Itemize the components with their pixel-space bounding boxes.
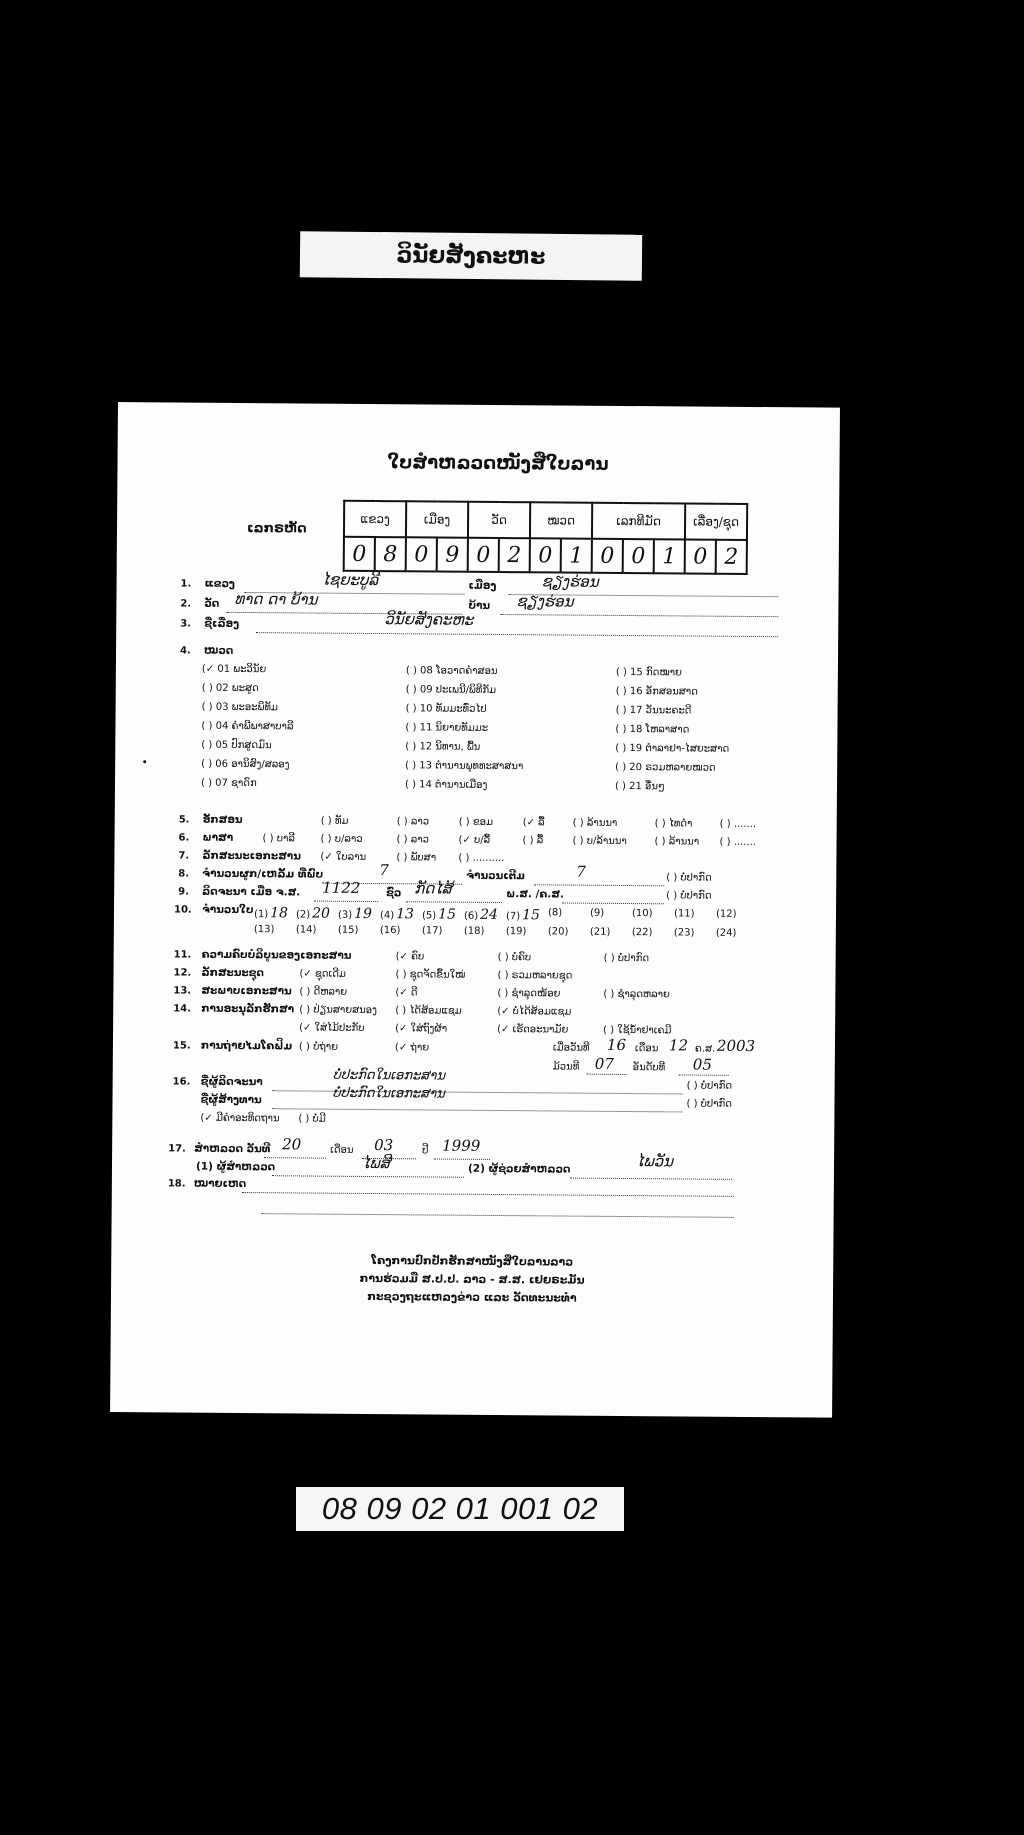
leaf-count-18: (18): [464, 926, 485, 937]
code-header-category: ໝວດ: [530, 502, 592, 538]
district-value: ຊຽງຮ່ອນ: [542, 572, 599, 590]
preservation-option-4[interactable]: (✓ ໃສ່ຖົງຜ້າ: [395, 1023, 447, 1034]
preservation-option-1[interactable]: ( ) ໄດ້ສ້ອມແຊມ: [395, 1005, 462, 1017]
field-15-number: 15.: [173, 1040, 191, 1051]
field-8-number: 8.: [178, 868, 189, 879]
footer-line-1: ໂຄງການປົກປັກຮັກສາໜັງສືໃບລານລາວ: [111, 1252, 833, 1271]
field-2-number: 2.: [180, 598, 191, 609]
preservation-option-3[interactable]: (✓ ໃສ່ໄມ້ປະກັບ: [299, 1022, 365, 1034]
field-9-number: 9.: [178, 886, 189, 897]
set-type-option-2[interactable]: ( ) ຣວມຫລາຍຊຸດ: [497, 970, 572, 982]
code-digit: 2: [499, 538, 530, 572]
code-digit: 0: [406, 537, 437, 571]
survey-day-value: 20: [282, 1135, 301, 1153]
leaf-count-2: (2)20: [296, 905, 330, 921]
set-type-options: (✓ ຊຸດເດີມ( ) ຊຸດຈັດຂຶ້ນໃໝ່( ) ຣວມຫລາຍຊຸ…: [118, 402, 840, 408]
category-option-13[interactable]: ( ) 14 ຕຳນານເມືອງ: [405, 779, 487, 791]
temple-value: ທາດ ດາ ບ້ານ: [234, 590, 317, 609]
field-5-label: ອັກສອນ: [203, 814, 243, 826]
category-option-15[interactable]: ( ) 16 ອັກສອນສາດ: [616, 686, 698, 698]
field-13-number: 13.: [173, 985, 191, 996]
bundles-unknown-checkbox[interactable]: ( ) ບໍ່ປາກົດ: [666, 872, 712, 883]
condition-option-2[interactable]: ( ) ຊຳລຸດໜ້ອຍ: [497, 988, 560, 999]
condition-option-0[interactable]: ( ) ດີຫລາຍ: [299, 986, 347, 997]
language-option-3[interactable]: (✓ ບ/ລື້: [459, 835, 491, 846]
field-16-number: 16.: [173, 1076, 191, 1087]
microfilm-year-value: 2003: [717, 1037, 755, 1055]
microfilm-option-1[interactable]: (✓ ຖ່າຍ: [395, 1042, 429, 1053]
survey-month-value: 03: [374, 1136, 393, 1154]
footer-line-3: ກະຊວງຖະແຫລງຂ່າວ ແລະ ວັດທະນະທຳ: [111, 1288, 833, 1307]
microfilm-option-0[interactable]: ( ) ບໍ່ຖ່າຍ: [299, 1041, 338, 1052]
completeness-option-1[interactable]: ( ) ບໍ່ຄົບ: [498, 952, 532, 963]
language-option-0[interactable]: ( ) ບາລີ: [263, 833, 295, 844]
leaf-count-22: (22): [632, 927, 653, 938]
leaf-count-4: (4)13: [380, 906, 414, 922]
field-9-label: ລິດຈະນາ ເມື່ອ ຈ.ສ.: [202, 886, 300, 899]
script-option-4[interactable]: ( ) ລ້ານນາ: [573, 818, 618, 829]
field-16-label2: ຊື່ຜູ້ສ້າງທານ: [200, 1094, 261, 1106]
category-option-2[interactable]: ( ) 03 ພະອະພິທັມ: [202, 702, 278, 714]
leaf-count-17: (17): [422, 925, 443, 936]
leaf-count-13: (13): [254, 924, 275, 935]
field-1-label: ແຂວງ: [205, 578, 235, 590]
code-digit: 0: [468, 538, 499, 572]
category-option-18[interactable]: ( ) 19 ຕຳລາຢາ-ໄສຍະສາດ: [615, 743, 729, 755]
field-14-number: 14.: [173, 1003, 191, 1014]
province-value: ໄຊຍະບູລີ: [322, 571, 379, 589]
field-1-number: 1.: [181, 578, 192, 589]
field-3-label: ຊື່ເລື່ອງ: [204, 618, 239, 630]
completeness-options: (✓ ຄົບ( ) ບໍ່ຄົບ( ) ບໍ່ປາກົດ: [118, 402, 840, 408]
roll-value: 07: [595, 1055, 614, 1073]
field-11-label: ຄວາມຄົບບໍລິບູນຂອງເອກະສານ: [202, 949, 352, 962]
field-15-label: ການຖ່າຍໄມໂຄຟິມ: [201, 1040, 292, 1053]
language-option-7[interactable]: ( ) .......: [720, 837, 757, 848]
preservation-option-2[interactable]: (✓ ບໍ່ໄດ້ສ້ອມແຊມ: [497, 1006, 571, 1018]
field-12-label: ລັກສະນະຊຸດ: [201, 967, 263, 979]
microfilm-day-value: 16: [607, 1036, 626, 1054]
code-digit: 0: [685, 539, 716, 573]
microfilm-date-label: ເມື່ອວັນທີ: [553, 1042, 590, 1053]
leaf-count-16: (16): [380, 925, 401, 936]
category-option-4[interactable]: ( ) 05 ປົກສູດມົນ: [201, 740, 271, 752]
script-option-3[interactable]: (✓ ລື້: [523, 817, 545, 828]
leaf-count-7: (7)15: [506, 907, 540, 923]
code-table: ແຂວງ ເມືອງ ວັດ ໝວດ ເລກທີມັດ ເລື່ອງ/ຊຸດ 0…: [343, 500, 749, 575]
field-10-label: ຈຳນວນໃບ: [202, 904, 254, 916]
survey-month-label: ເດືອນ: [330, 1145, 353, 1156]
condition-options: ( ) ດີຫລາຍ(✓ ດີ( ) ຊຳລຸດໜ້ອຍ( ) ຊຳລຸດຫລາ…: [118, 402, 840, 408]
field-4-number: 4.: [180, 645, 191, 656]
category-option-9[interactable]: ( ) 10 ທັມມະທົ່ວໄປ: [406, 703, 487, 715]
microfilm-month-label: ເດືອນ: [635, 1043, 658, 1054]
category-option-17[interactable]: ( ) 18 ໂຫລາສາດ: [615, 724, 689, 736]
microfilm-year-label: ຄ.ສ.: [695, 1044, 715, 1055]
preservation-options: ( ) ປ່ຽນສາຍສນອງ( ) ໄດ້ສ້ອມແຊມ(✓ ບໍ່ໄດ້ສ້…: [118, 402, 840, 408]
doc-type-option-2[interactable]: ( ) ..........: [458, 853, 504, 864]
language-option-2[interactable]: ( ) ລາວ: [397, 834, 429, 845]
field-16-label: ຊື່ຜູ້ລິດຈະນາ: [201, 1076, 263, 1088]
field-8-label2: ຈຳນວນເຕີມ: [466, 870, 525, 882]
assistant-label: (2) ຜູ້ຊ່ວຍສຳຫລວດ: [468, 1163, 570, 1176]
category-option-19[interactable]: ( ) 20 ຣວມຫລາຍໝວດ: [615, 762, 716, 774]
field-13-label: ສະພາບເອກະສານ: [201, 985, 291, 998]
script-option-2[interactable]: ( ) ຂອມ: [459, 817, 493, 828]
code-digit: 0: [344, 537, 375, 571]
leaf-count-10: (10): [632, 908, 653, 919]
leaf-count-15: (15): [338, 925, 359, 936]
document-type-options: (✓ ໃບລານ( ) ພັບສາ( ) ..........: [118, 402, 840, 408]
code-digit: 9: [437, 538, 468, 572]
title-value: ວິນັຍສັງຄະຫະ: [384, 610, 473, 629]
village-value: ຊຽງຮ່ອນ: [516, 592, 573, 610]
sponsor-unknown-checkbox[interactable]: ( ) ບໍ່ປາກົດ: [686, 1098, 732, 1109]
field-7-label: ລັກສະນະເອກະສານ: [202, 850, 301, 863]
category-option-14[interactable]: ( ) 15 ກົດໝາຍ: [616, 667, 682, 679]
code-digit: 8: [375, 537, 406, 571]
code-digit: 0: [592, 539, 623, 573]
chula-sakarat-year-value: 1122: [322, 879, 360, 897]
date-unknown-checkbox[interactable]: ( ) ບໍ່ປາກົດ: [666, 890, 712, 901]
category-option-10[interactable]: ( ) 11 ນິຍາຍທັມມະ: [405, 722, 488, 734]
condition-option-1[interactable]: (✓ ດີ: [395, 987, 417, 998]
doc-type-option-1[interactable]: ( ) ພັບສາ: [396, 852, 436, 863]
doc-type-option-0[interactable]: (✓ ໃບລານ: [320, 852, 366, 863]
script-option-0[interactable]: ( ) ທັມ: [321, 816, 349, 827]
author-value: ບໍ່ປະກົດໃນເອກະສານ: [333, 1068, 445, 1084]
code-digit: 0: [623, 539, 654, 573]
code-header-temple: ວັດ: [468, 502, 530, 538]
field-6-label: ພາສາ: [203, 832, 234, 844]
field-3-number: 3.: [180, 618, 191, 629]
order-value: 05: [693, 1056, 712, 1074]
category-option-8[interactable]: ( ) 09 ປະເພນີ/ພິທີກັມ: [406, 684, 496, 696]
leaf-count-6: (6)24: [464, 907, 498, 923]
code-header-title-set: ເລື່ອງ/ຊຸດ: [685, 503, 747, 539]
condition-option-3[interactable]: ( ) ຊຳລຸດຫລາຍ: [603, 989, 670, 1001]
footer-line-2: ການຮ່ວມມື ສ.ປ.ປ. ລາວ - ສ.ສ. ເຢຍຣະມັນ: [111, 1270, 833, 1289]
field-9-label2: ຊົ່ວ: [386, 887, 401, 899]
category-checklist: (✓ 01 ພະວິນັຍ( ) 02 ພະສູດ( ) 03 ພະອະພິທັ…: [118, 402, 840, 408]
has-prayer-checkbox[interactable]: (✓ ມີຄຳອະທິດຖານ: [200, 1113, 279, 1125]
order-label: ອັນດັບທີ: [633, 1062, 666, 1073]
category-option-12[interactable]: ( ) 13 ຕຳນານພຸທທະສາສນາ: [405, 760, 523, 772]
language-option-1[interactable]: ( ) ບ/ລາວ: [321, 834, 363, 845]
survey-year-label: ປີ: [422, 1145, 428, 1156]
script-option-5[interactable]: ( ) ໄທດຳ: [655, 818, 693, 829]
surveyor-label: (1) ຜູ້ສຳຫລວດ: [196, 1161, 275, 1174]
category-option-3[interactable]: ( ) 04 ຄຳພີພາສາບາລີ: [201, 721, 293, 733]
leaf-counts: (1)18(2)20(3)19(4)13(5)15(6)24(7)15(8)(9…: [118, 402, 840, 408]
field-4-label: ໝວດ: [204, 645, 233, 657]
field-14-label: ການອະນຸລັກຮັກສາ: [201, 1003, 294, 1016]
language-option-5[interactable]: ( ) ບ/ລ້ານນາ: [573, 836, 627, 847]
code-digit: 2: [716, 540, 747, 574]
field-5-number: 5.: [179, 814, 190, 825]
preservation-option-6[interactable]: ( ) ໃຊ້ນ້ຳຢາເຄມີ: [603, 1025, 671, 1037]
leaf-count-11: (11): [674, 908, 695, 919]
speck-mark: [143, 760, 146, 763]
bundles-original-value: 7: [576, 863, 586, 881]
leaf-count-3: (3)19: [338, 906, 372, 922]
field-18-label: ໝາຍເຫດ: [194, 1178, 246, 1190]
leaf-count-1: (1)18: [254, 905, 288, 921]
category-option-16[interactable]: ( ) 17 ວັນນະຄະດີ: [616, 705, 692, 717]
completeness-option-0[interactable]: (✓ ຄົບ: [396, 951, 425, 962]
category-option-5[interactable]: ( ) 06 ອານິສົງ/ສລອງ: [201, 759, 289, 771]
preservation-option-0[interactable]: ( ) ປ່ຽນສາຍສນອງ: [299, 1004, 377, 1016]
assistant-value: ໄພວັນ: [636, 1152, 673, 1170]
author-unknown-checkbox[interactable]: ( ) ບໍ່ປາກົດ: [687, 1080, 733, 1091]
field-2-label: ວັດ: [204, 598, 219, 610]
leaf-count-23: (23): [674, 927, 695, 938]
roll-label: ມ້ວນທີ: [553, 1061, 580, 1072]
leaf-count-8: (8): [548, 907, 562, 918]
no-prayer-checkbox[interactable]: ( ) ບໍ່ມີ: [298, 1113, 326, 1124]
field-9-label3: ພ.ສ. /ຄ.ສ.: [506, 888, 564, 900]
sponsor-value: ບໍ່ປະກົດໃນເອກະສານ: [333, 1086, 445, 1102]
field-6-number: 6.: [179, 832, 190, 843]
category-option-7[interactable]: ( ) 08 ໂອວາດຄຳສອນ: [406, 665, 498, 677]
preservation-option-5[interactable]: (✓ ເຮັດອະນາມັຍ: [497, 1024, 568, 1036]
survey-year-value: 1999: [442, 1137, 480, 1155]
field-1-label2: ເມືອງ: [469, 580, 497, 592]
microfilm-options: ( ) ບໍ່ຖ່າຍ(✓ ຖ່າຍ: [118, 402, 840, 408]
cyclical-year-value: ກັດໄສ້: [414, 879, 452, 897]
set-type-option-1[interactable]: ( ) ຊຸດຈັດຂຶ້ນໃໝ່: [395, 969, 465, 981]
microfilm-month-value: 12: [669, 1036, 688, 1054]
code-digit: 1: [561, 538, 592, 572]
field-17-label: ສຳຫລວດ ວັນທີ: [194, 1143, 270, 1156]
bundles-found-value: 7: [379, 861, 389, 879]
document-title-label: ວິນັຍສັງຄະຫະ: [300, 231, 642, 281]
code-header-province: ແຂວງ: [344, 501, 406, 537]
script-option-1[interactable]: ( ) ລາວ: [397, 816, 429, 827]
leaf-count-20: (20): [548, 926, 569, 937]
catalog-code-label: 08 09 02 01 001 02: [296, 1487, 624, 1531]
code-digit: 1: [654, 539, 685, 573]
field-12-number: 12.: [173, 967, 191, 978]
code-header-district: ເມືອງ: [406, 501, 468, 537]
survey-form-page: ໃບສຳຫລວດໜັງສືໃບລານ ເລກຣຫັດ ແຂວງ ເມືອງ ວັ…: [110, 402, 840, 1418]
field-11-number: 11.: [174, 949, 192, 960]
code-label: ເລກຣຫັດ: [247, 521, 307, 536]
field-8-label: ຈຳນວນຜູກ/ເຫລັ້ມ ທີ່ພົບ: [202, 868, 323, 881]
leaf-count-5: (5)15: [422, 906, 456, 922]
set-type-option-0[interactable]: (✓ ຊຸດເດີມ: [299, 968, 346, 979]
surveyor-value: ໄພສີ: [362, 1154, 390, 1172]
category-option-0[interactable]: (✓ 01 ພະວິນັຍ: [202, 664, 266, 676]
category-option-20[interactable]: ( ) 21 ອື່ນໆ: [615, 781, 665, 792]
leaf-count-9: (9): [590, 908, 604, 919]
completeness-option-2[interactable]: ( ) ບໍ່ປາກົດ: [604, 953, 650, 964]
code-digit: 0: [530, 538, 561, 572]
language-options: ( ) ບາລີ( ) ບ/ລາວ( ) ລາວ(✓ ບ/ລື້( ) ລື້(…: [118, 402, 840, 408]
script-option-6[interactable]: ( ) .......: [720, 819, 757, 830]
form-title: ໃບສຳຫລວດໜັງສືໃບລານ: [387, 452, 608, 475]
leaf-count-21: (21): [590, 927, 611, 938]
field-10-number: 10.: [174, 904, 192, 915]
field-18-number: 18.: [168, 1178, 186, 1189]
language-option-6[interactable]: ( ) ລ້ານນາ: [655, 836, 700, 847]
language-option-4[interactable]: ( ) ລື້: [523, 835, 544, 846]
category-option-11[interactable]: ( ) 12 ນິທານ, ພື້ນ: [405, 741, 480, 753]
script-options: ( ) ທັມ( ) ລາວ( ) ຂອມ(✓ ລື້( ) ລ້ານນາ( )…: [118, 402, 840, 408]
leaf-count-19: (19): [506, 926, 527, 937]
category-option-1[interactable]: ( ) 02 ພະສູດ: [202, 683, 259, 694]
field-17-number: 17.: [168, 1143, 186, 1154]
leaf-count-14: (14): [296, 924, 317, 935]
leaf-count-24: (24): [716, 928, 737, 939]
field-7-number: 7.: [178, 850, 189, 861]
code-header-bundle-number: ເລກທີມັດ: [592, 503, 685, 540]
leaf-count-12: (12): [716, 909, 737, 920]
category-option-6[interactable]: ( ) 07 ຊາດົກ: [201, 778, 257, 789]
